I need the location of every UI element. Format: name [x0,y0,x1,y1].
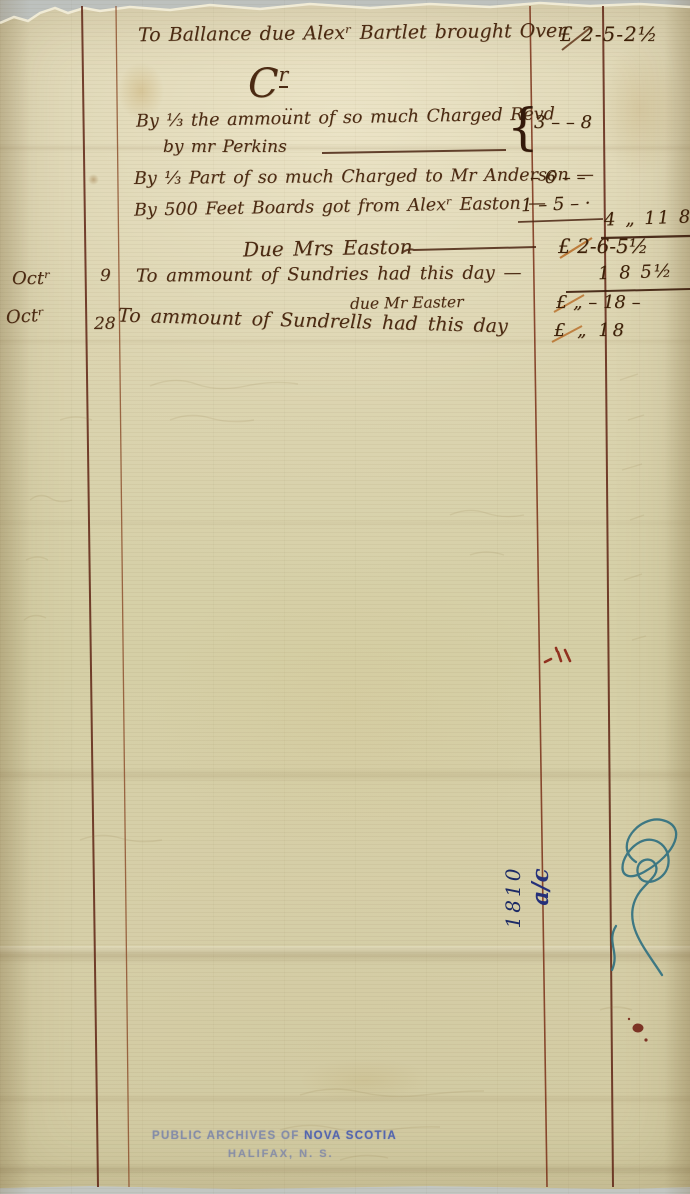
archive-stamp-line2: HALIFAX, N. S. [228,1148,334,1160]
credit-entry-3-amount: 1 – 5 – · [521,193,591,216]
entry-2-day: 28 [94,314,116,334]
scanned-ledger-page: To Ballance due Alexʳ Bartlet brought Ov… [0,0,690,1194]
credit-header-letter: C [248,61,279,107]
entry-2-amount: £ „ 18 [554,320,627,341]
archive-stamp-text-faded: PUBLIC ARCHIVES OF [152,1130,300,1142]
entry-1-amount: 1 8 5½ [598,261,674,285]
balance-line-amount: £ 2-5-2½ [560,22,658,46]
credit-entry-2-amount: – 6 – – [530,167,586,188]
credit-entry-1-line2: by mr Perkins [163,137,287,157]
docket-account-note: a/c [527,857,557,917]
entry-1-day: 9 [100,266,111,286]
entry-1-text: To ammount of Sundries had this day — [136,262,522,286]
entry-1-month: Octʳ [12,268,50,289]
credit-entry-2-line1: By ⅓ Part of so much Charged to Mr Ander… [134,165,594,189]
archive-stamp-text-strong: NOVA SCOTIA [304,1130,397,1142]
docket-year: 1810 [501,849,527,945]
credit-entry-1-amount: 3 – – 8 [534,112,592,133]
due-easter-amount: £ „ – 18 – [556,292,641,313]
credit-header-superscript: r [279,62,289,88]
entry-2-month: Octʳ [5,305,45,329]
balance-line-text: To Ballance due Alexʳ Bartlet brought Ov… [138,20,567,46]
credit-section-header: Cr ‥ [248,62,288,104]
credit-subtotal: 4 „ 11 8 [604,206,690,230]
archive-stamp-line1: PUBLIC ARCHIVES OF NOVA SCOTIA [152,1130,397,1142]
due-easton-amount: £ 2-6-5½ [558,234,648,258]
due-easter-note: due Mr Easter [350,293,464,313]
due-easton-text: Due Mrs Easton [243,235,413,262]
